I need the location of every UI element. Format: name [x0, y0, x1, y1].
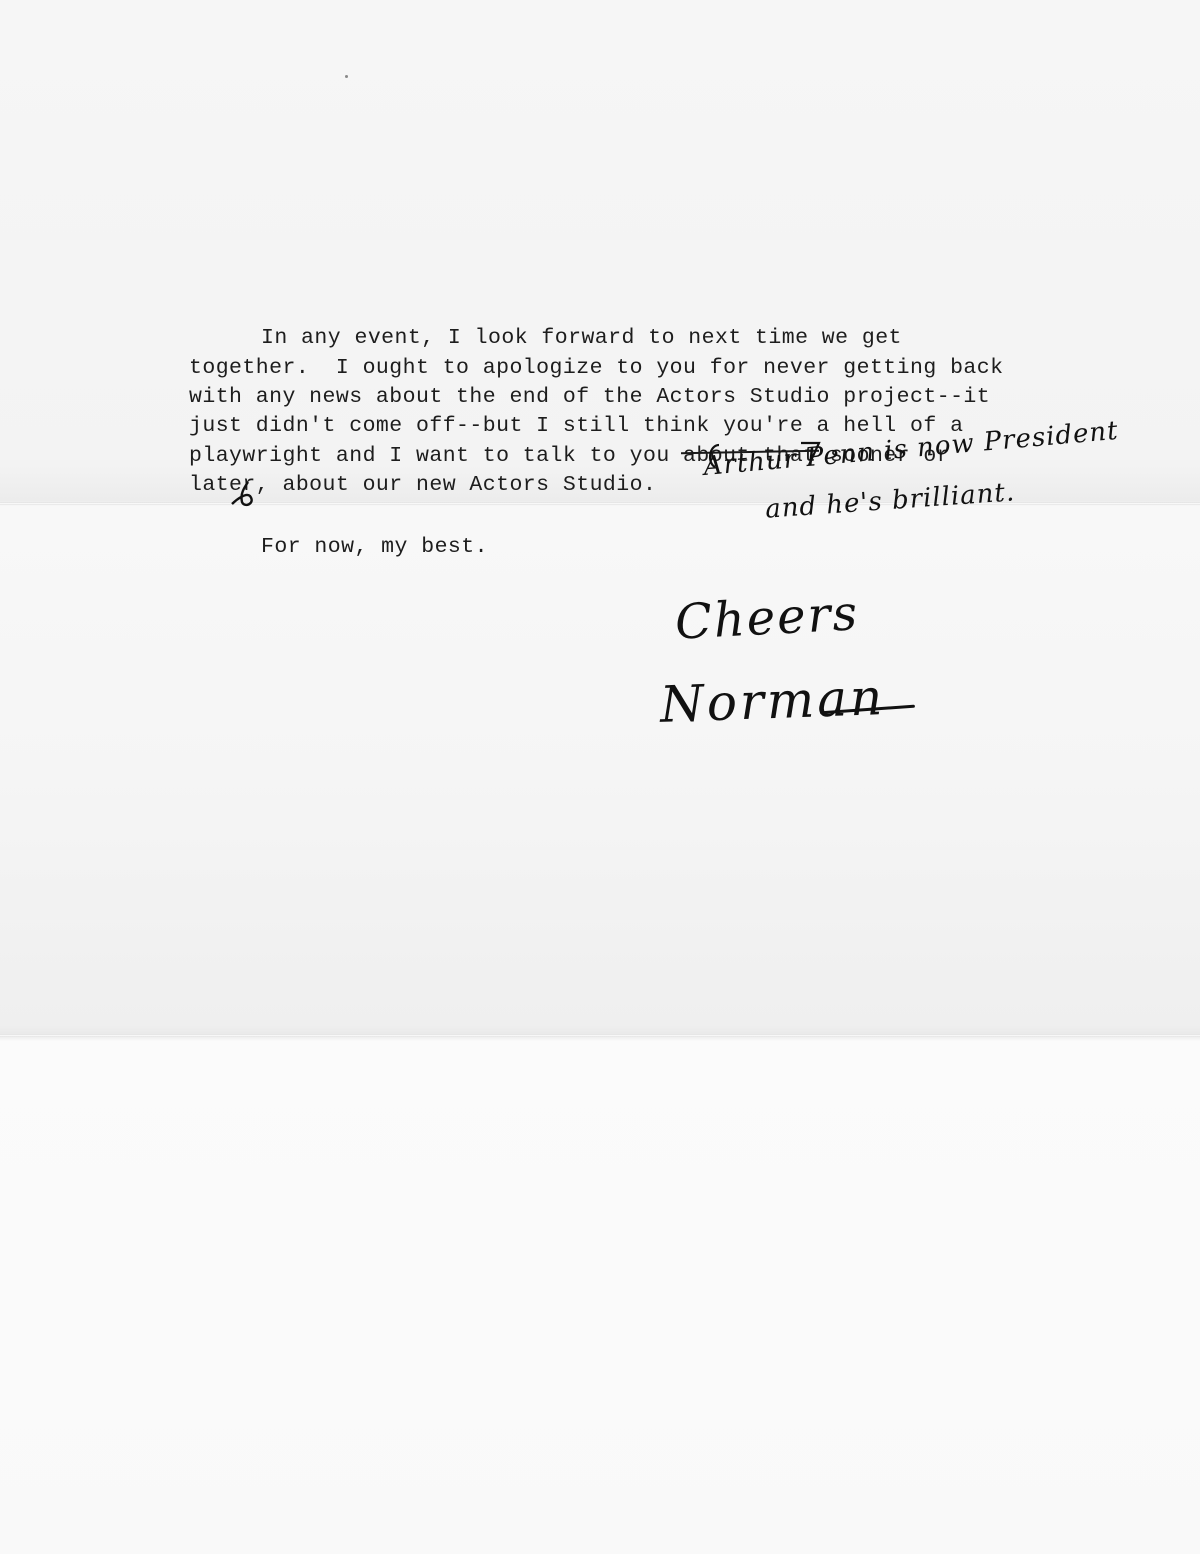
handwritten-signature: Norman — [659, 668, 886, 734]
fold-crease-lower — [0, 1034, 1200, 1037]
fold-crease-upper — [0, 502, 1200, 505]
typed-line-3: with any news about the end of the Actor… — [189, 382, 990, 412]
typed-line-2: together. I ought to apologize to you fo… — [189, 353, 1003, 383]
handwritten-closing: Cheers — [674, 585, 861, 651]
typed-closing-line: For now, my best. — [261, 532, 488, 562]
typed-line-4: just didn't come off--but I still think … — [189, 411, 963, 441]
letter-paper — [0, 0, 1200, 1554]
paper-speck — [345, 75, 348, 78]
insertion-mark — [230, 480, 264, 510]
typed-line-1: In any event, I look forward to next tim… — [261, 323, 902, 353]
typed-line-5-start: playwright and I want to talk to you — [189, 444, 683, 468]
